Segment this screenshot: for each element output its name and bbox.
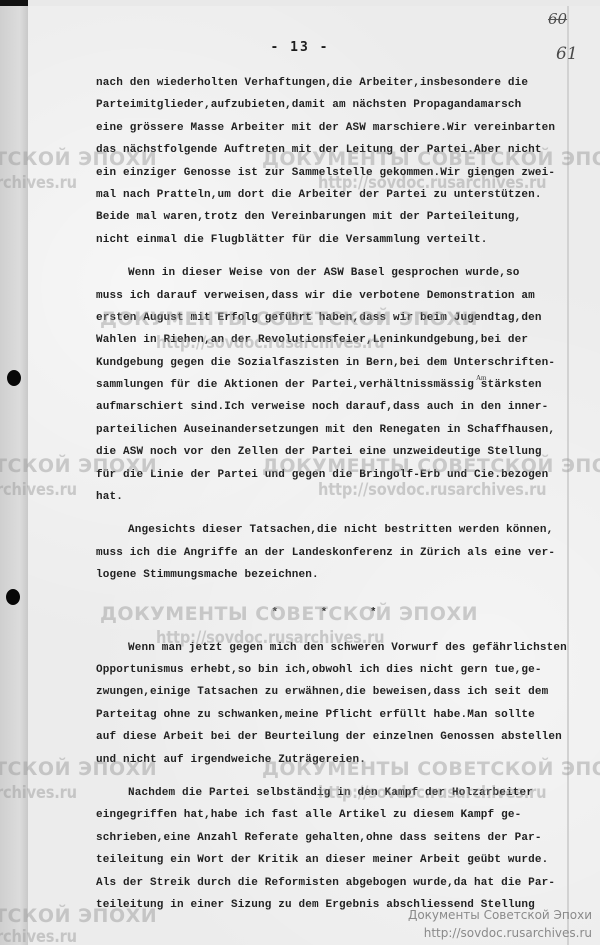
paragraph-gap <box>96 251 556 262</box>
text-line: logene Stimmungsmache bezeichnen. <box>96 564 556 586</box>
text-line: nach den wiederholten Verhaftungen,die A… <box>96 72 556 94</box>
text-line: teileitung ein Wort der Kritik an dieser… <box>96 849 556 871</box>
text-line: Kundgebung gegen die Sozialfaszisten in … <box>96 352 556 374</box>
text-line: Parteimitglieder,aufzubieten,damit am nä… <box>96 94 556 116</box>
paragraph: Wenn in dieser Weise von der ASW Basel g… <box>96 262 556 508</box>
punch-hole-icon <box>7 370 21 386</box>
paragraph-gap <box>96 626 556 637</box>
text-line: und nicht auf irgendweiche Zuträgereien. <box>96 749 556 771</box>
archive-credit-url: http://sovdoc.rusarchives.ru <box>408 924 592 942</box>
folio-number-struck: 60 <box>548 10 567 28</box>
text-line: ein einziger Genosse ist zur Sammelstell… <box>96 162 556 184</box>
archive-credit-title: Документы Советской Эпохи <box>408 906 592 924</box>
punch-hole-icon <box>6 589 20 605</box>
text-line: die ASW noch vor den Zellen der Partei e… <box>96 441 556 463</box>
archive-credit: Документы Советской Эпохи http://sovdoc.… <box>408 906 592 942</box>
section-separator: * * * <box>96 598 556 626</box>
text-line: Beide mal waren,trotz den Vereinbarungen… <box>96 206 556 228</box>
text-line: Wenn man jetzt gegen mich den schweren V… <box>96 637 556 659</box>
text-line: hat. <box>96 486 556 508</box>
text-line: muss ich die Angriffe an der Landeskonfe… <box>96 542 556 564</box>
text-line: Angesichts dieser Tatsachen,die nicht be… <box>96 519 556 541</box>
text-line: eingegriffen hat,habe ich fast alle Arti… <box>96 804 556 826</box>
text-line: eine grössere Masse Arbeiter mit der ASW… <box>96 117 556 139</box>
text-line: Wenn in dieser Weise von der ASW Basel g… <box>96 262 556 284</box>
paragraph: Wenn man jetzt gegen mich den schweren V… <box>96 637 556 771</box>
page-number: - 13 - <box>0 40 600 55</box>
text-line: das nächstfolgende Auftreten mit der Lei… <box>96 139 556 161</box>
paragraph-gap <box>96 587 556 598</box>
text-line: aufmarschiert sind.Ich verweise noch dar… <box>96 396 556 418</box>
text-line: sammlungen für die Aktionen der Partei,v… <box>96 374 556 396</box>
document-body: nach den wiederholten Verhaftungen,die A… <box>96 72 556 916</box>
paragraph: Nachdem die Partei selbständig in den Ka… <box>96 782 556 916</box>
text-line: schrieben,eine Anzahl Referate gehalten,… <box>96 827 556 849</box>
text-line: auf diese Arbeit bei der Beurteilung der… <box>96 726 556 748</box>
paragraph-gap <box>96 771 556 782</box>
text-line: Nachdem die Partei selbständig in den Ka… <box>96 782 556 804</box>
text-line: nicht einmal die Flugblätter für die Ver… <box>96 229 556 251</box>
text-line: Parteitag ohne zu schwanken,meine Pflich… <box>96 704 556 726</box>
text-line: Opportunismus erhebt,so bin ich,obwohl i… <box>96 659 556 681</box>
insertion-mark: Am <box>476 374 487 382</box>
text-line: muss ich darauf verweisen,dass wir die v… <box>96 285 556 307</box>
paragraph-gap <box>96 508 556 519</box>
text-line: mal nach Pratteln,um dort die Arbeiter d… <box>96 184 556 206</box>
text-line: Wahlen in Riehen,an der Revolutionsfeier… <box>96 329 556 351</box>
text-line: zwungen,einige Tatsachen zu erwähnen,die… <box>96 681 556 703</box>
text-line: für die Linie der Partei und gegen die B… <box>96 464 556 486</box>
text-line: Als der Streik durch die Reformisten abg… <box>96 872 556 894</box>
scan-left-margin <box>0 6 28 945</box>
text-line: ersten August mit Erfolg geführt haben,d… <box>96 307 556 329</box>
text-line: parteilichen Auseinandersetzungen mit de… <box>96 419 556 441</box>
paragraph: Angesichts dieser Tatsachen,die nicht be… <box>96 519 556 586</box>
paragraph: nach den wiederholten Verhaftungen,die A… <box>96 72 556 251</box>
scanned-page: 60 61 - 13 - nach den wiederholten Verha… <box>0 0 600 945</box>
paper-right-edge <box>567 6 569 945</box>
